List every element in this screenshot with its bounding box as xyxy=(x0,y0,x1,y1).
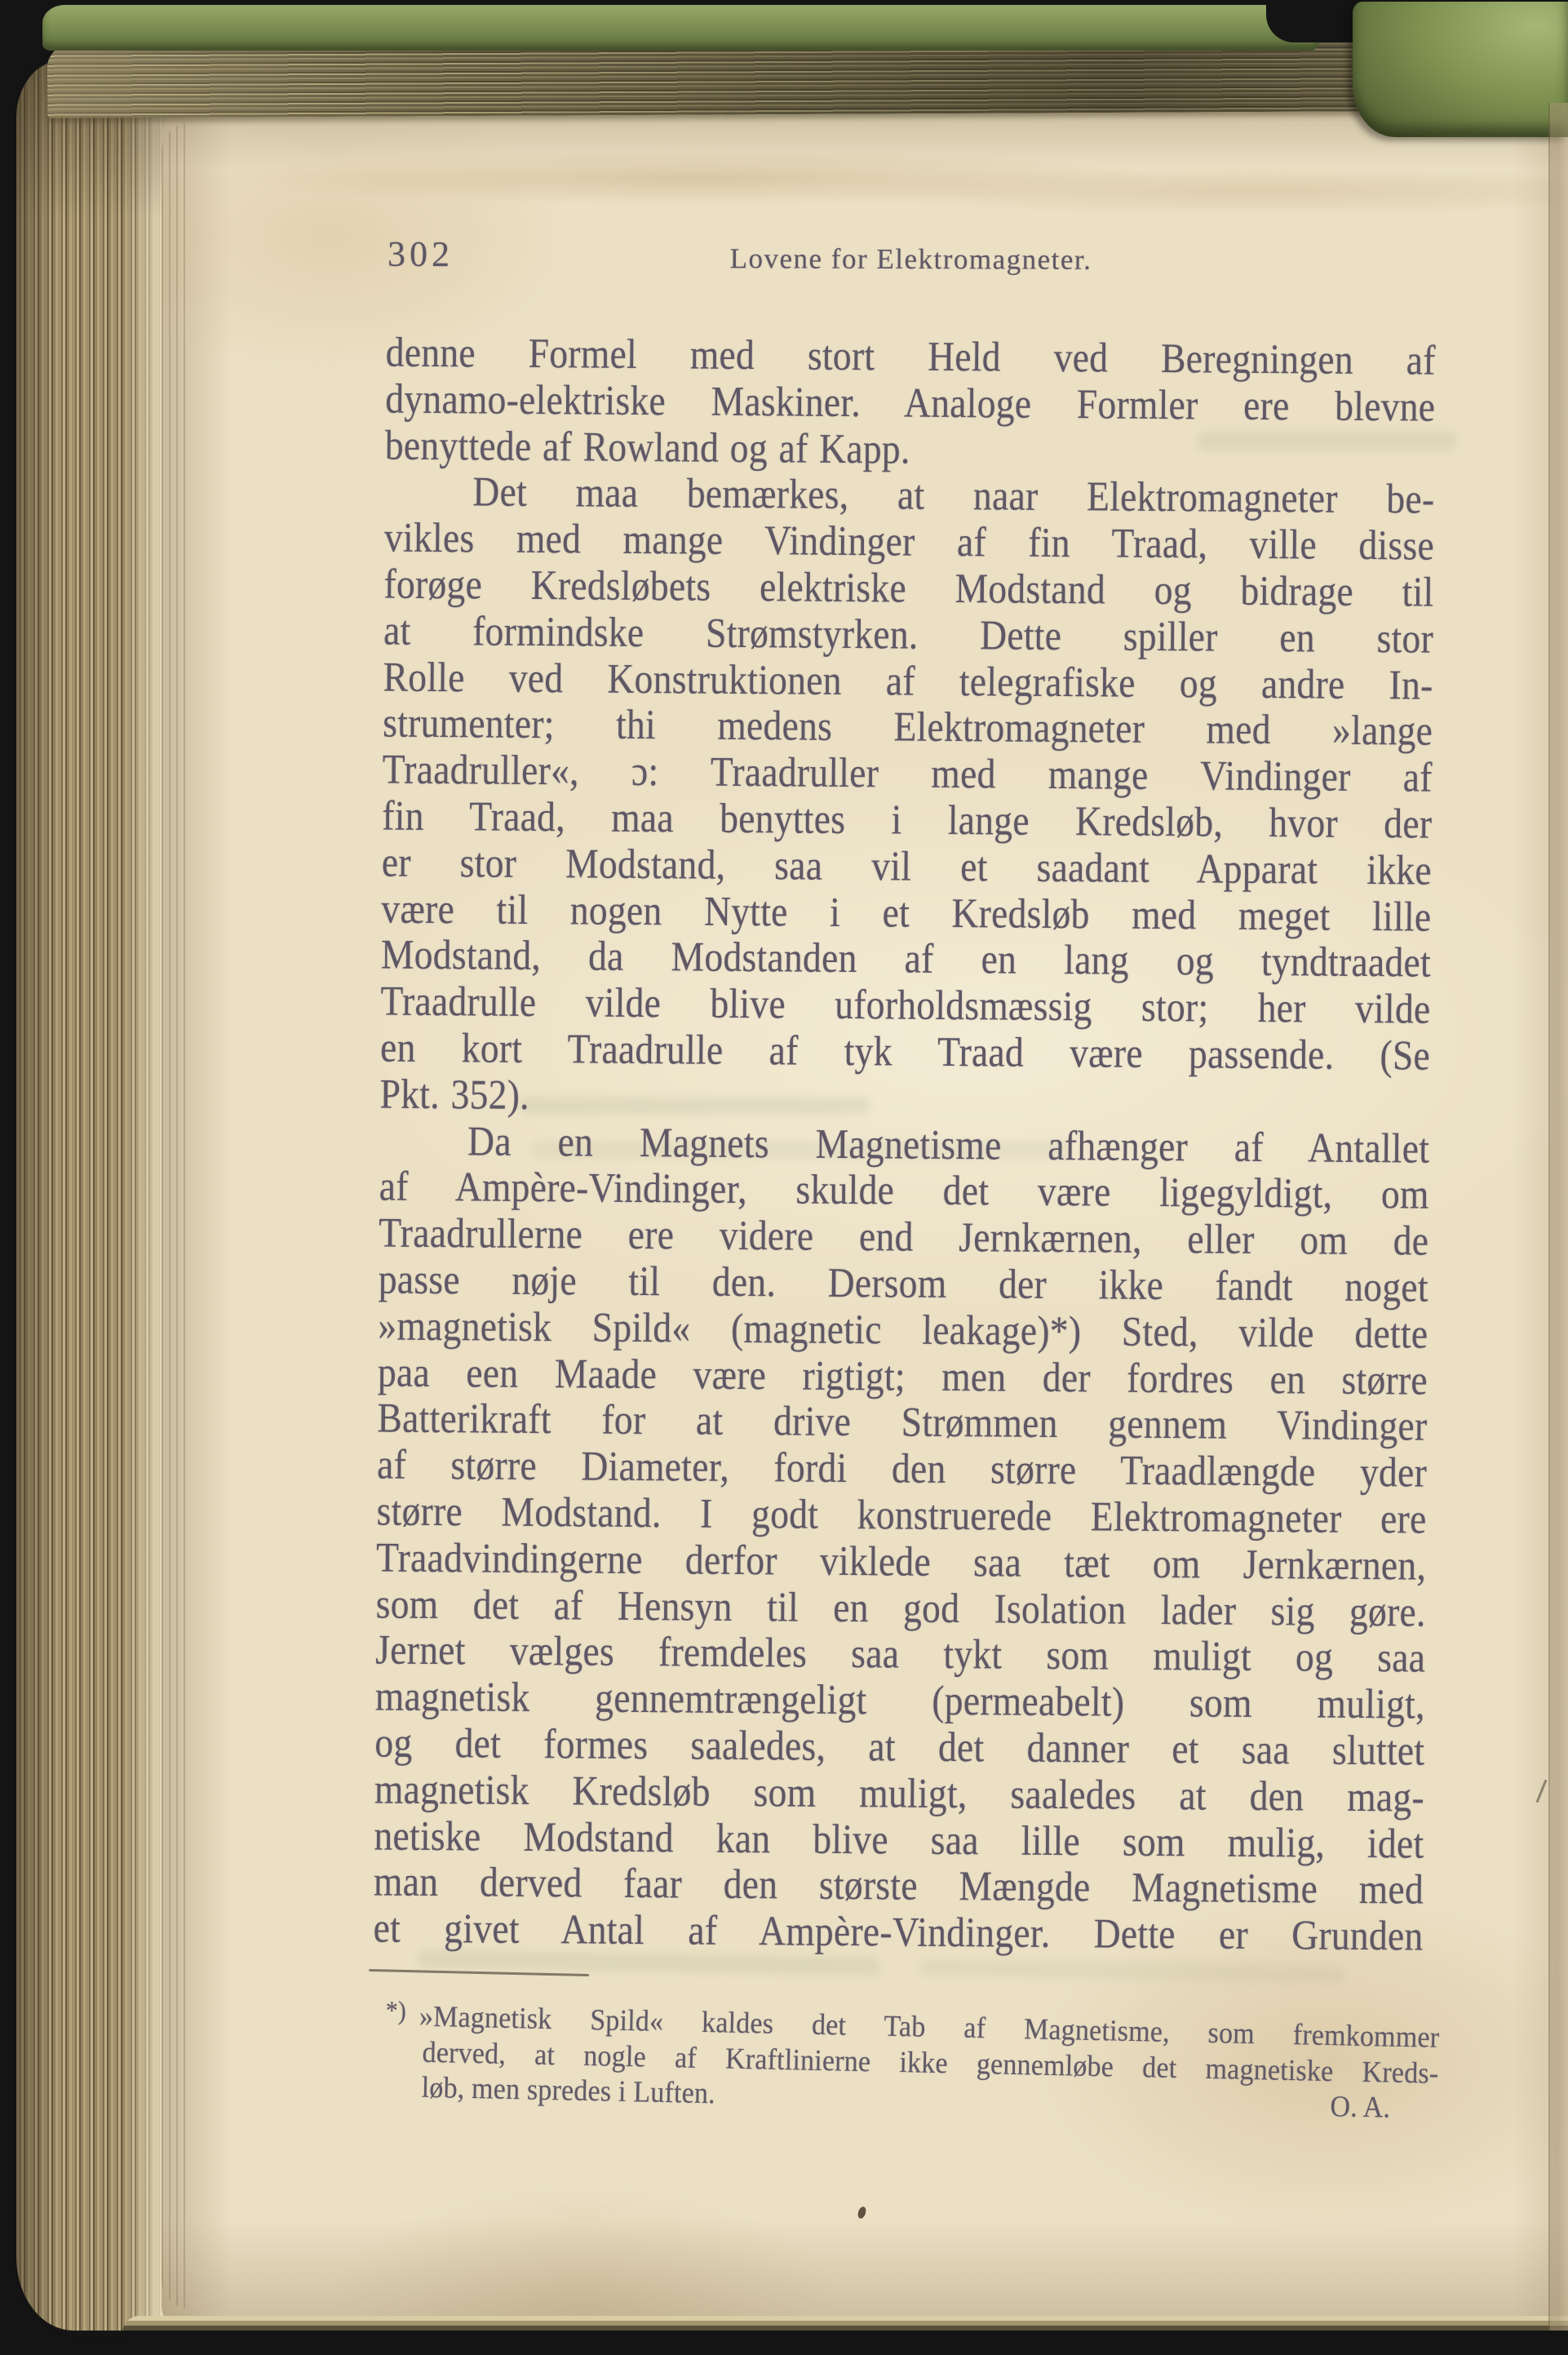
body-line: et givet Antal af Ampère-Vindinger. Dett… xyxy=(373,1902,1423,1962)
page-header: 302 Lovene for Elektromagneter. xyxy=(386,237,1436,299)
page-bottom-edge xyxy=(122,2316,1568,2339)
running-title: Lovene for Elektromagneter. xyxy=(730,244,1092,274)
page-right-edge xyxy=(1548,103,1568,2331)
page-edges-left xyxy=(16,60,173,2331)
footnote: *)»Magnetisk Spild« kaldes det Tab af Ma… xyxy=(383,1998,1439,2127)
footnote-marker: *) xyxy=(385,1992,406,2031)
body-text: denne Formel med stort Held ved Beregnin… xyxy=(373,330,1436,1960)
footnote-attribution: O. A. xyxy=(1330,2088,1391,2128)
page-edge-lines xyxy=(162,122,191,2309)
book-cover-top-band xyxy=(42,5,1319,51)
book-cover-corner xyxy=(1353,2,1568,137)
footnote-text: løb, men spredes i Luften. xyxy=(421,2071,715,2109)
scanned-book-photo: 302 Lovene for Elektromagneter. denne Fo… xyxy=(0,0,1568,2355)
page-number: 302 xyxy=(388,237,454,273)
